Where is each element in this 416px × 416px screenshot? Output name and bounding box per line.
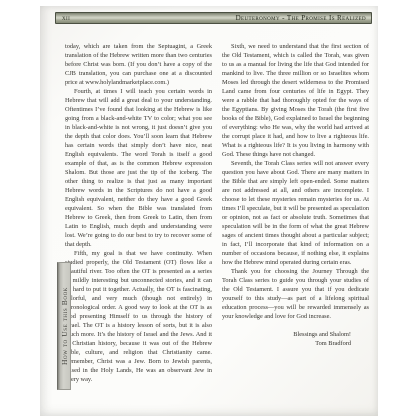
signature-name: Tom Bradford [222, 339, 351, 348]
paragraph: Fourth, at times I will teach you certai… [65, 87, 212, 249]
page-header-bar: xii Deuteronomy - The Promise Is Realize… [55, 12, 372, 24]
paragraph: Sixth, we need to understand that the fi… [222, 42, 369, 159]
page-number: xii [62, 13, 70, 23]
paragraph: today, which are taken from the Septuagi… [65, 42, 212, 87]
paragraph: Thank you for choosing the Journey Throu… [222, 267, 369, 321]
chapter-side-tab: How to Use this Book [57, 262, 71, 390]
running-header-title: Deuteronomy - The Promise Is Realized [236, 13, 366, 23]
scanned-book-page: xii Deuteronomy - The Promise Is Realize… [40, 6, 378, 416]
paragraph: Fifth, my goal is that we have continuit… [65, 249, 212, 384]
two-column-text-block: today, which are taken from the Septuagi… [65, 42, 369, 384]
signature-blessing: Blessings and Shalom! [222, 330, 351, 339]
signature-block: Blessings and Shalom! Tom Bradford [222, 330, 369, 348]
right-column: Sixth, we need to understand that the fi… [222, 42, 369, 384]
chapter-side-tab-label: How to Use this Book [60, 287, 69, 365]
left-column: today, which are taken from the Septuagi… [65, 42, 212, 384]
paragraph: Seventh, the Torah Class series will not… [222, 159, 369, 267]
